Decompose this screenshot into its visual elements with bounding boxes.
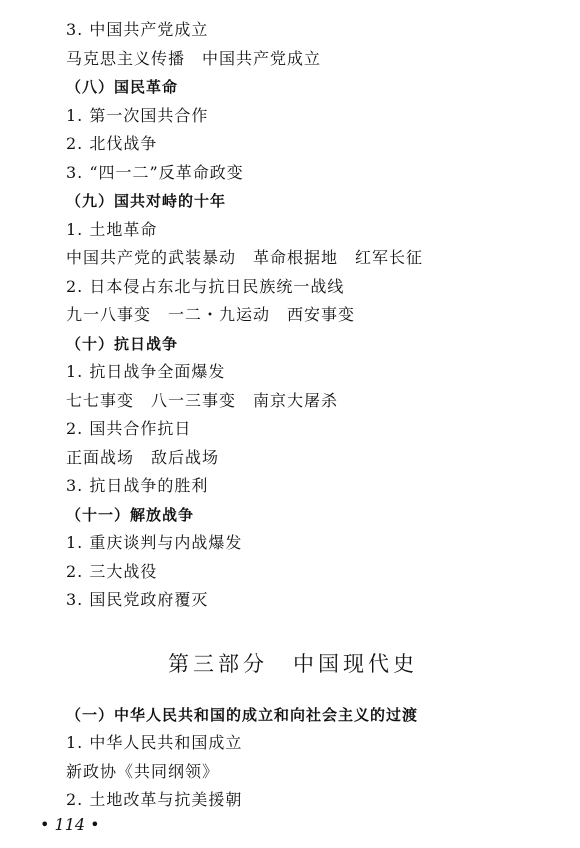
- section-heading: （八）国民革命: [66, 77, 178, 97]
- outline-line: 3. “四一二”反革命政变: [66, 163, 244, 183]
- outline-line: 1. 第一次国共合作: [66, 106, 208, 126]
- section-heading: （十一）解放战争: [66, 505, 194, 525]
- outline-line: 1. 重庆谈判与内战爆发: [66, 533, 242, 553]
- section-heading: （一）中华人民共和国的成立和向社会主义的过渡: [66, 705, 418, 725]
- outline-line: 1. 土地革命: [66, 220, 157, 240]
- page-number: • 114 •: [40, 815, 100, 834]
- outline-line: 新政协《共同纲领》: [66, 762, 219, 782]
- outline-line: 3. 国民党政府覆灭: [66, 590, 208, 610]
- section-heading: （九）国共对峙的十年: [66, 191, 226, 211]
- part-title: 第三部分 中国现代史: [168, 648, 418, 678]
- outline-line: 七七事变 八一三事变 南京大屠杀: [66, 391, 338, 411]
- outline-line: 2. 三大战役: [66, 562, 157, 582]
- outline-line: 2. 土地改革与抗美援朝: [66, 790, 242, 810]
- outline-line: 3. 抗日战争的胜利: [66, 476, 208, 496]
- outline-line: 中国共产党的武装暴动 革命根据地 红军长征: [66, 248, 423, 268]
- outline-line: 正面战场 敌后战场: [66, 448, 219, 468]
- outline-line: 1. 抗日战争全面爆发: [66, 362, 225, 382]
- outline-line: 2. 北伐战争: [66, 134, 157, 154]
- section-heading: （十）抗日战争: [66, 334, 178, 354]
- outline-line: 1. 中华人民共和国成立: [66, 733, 242, 753]
- outline-line: 3. 中国共产党成立: [66, 20, 208, 40]
- outline-line: 2. 国共合作抗日: [66, 419, 191, 439]
- outline-line: 九一八事变 一二・九运动 西安事变: [66, 305, 355, 325]
- outline-line: 2. 日本侵占东北与抗日民族统一战线: [66, 277, 344, 297]
- outline-line: 马克思主义传播 中国共产党成立: [66, 49, 321, 69]
